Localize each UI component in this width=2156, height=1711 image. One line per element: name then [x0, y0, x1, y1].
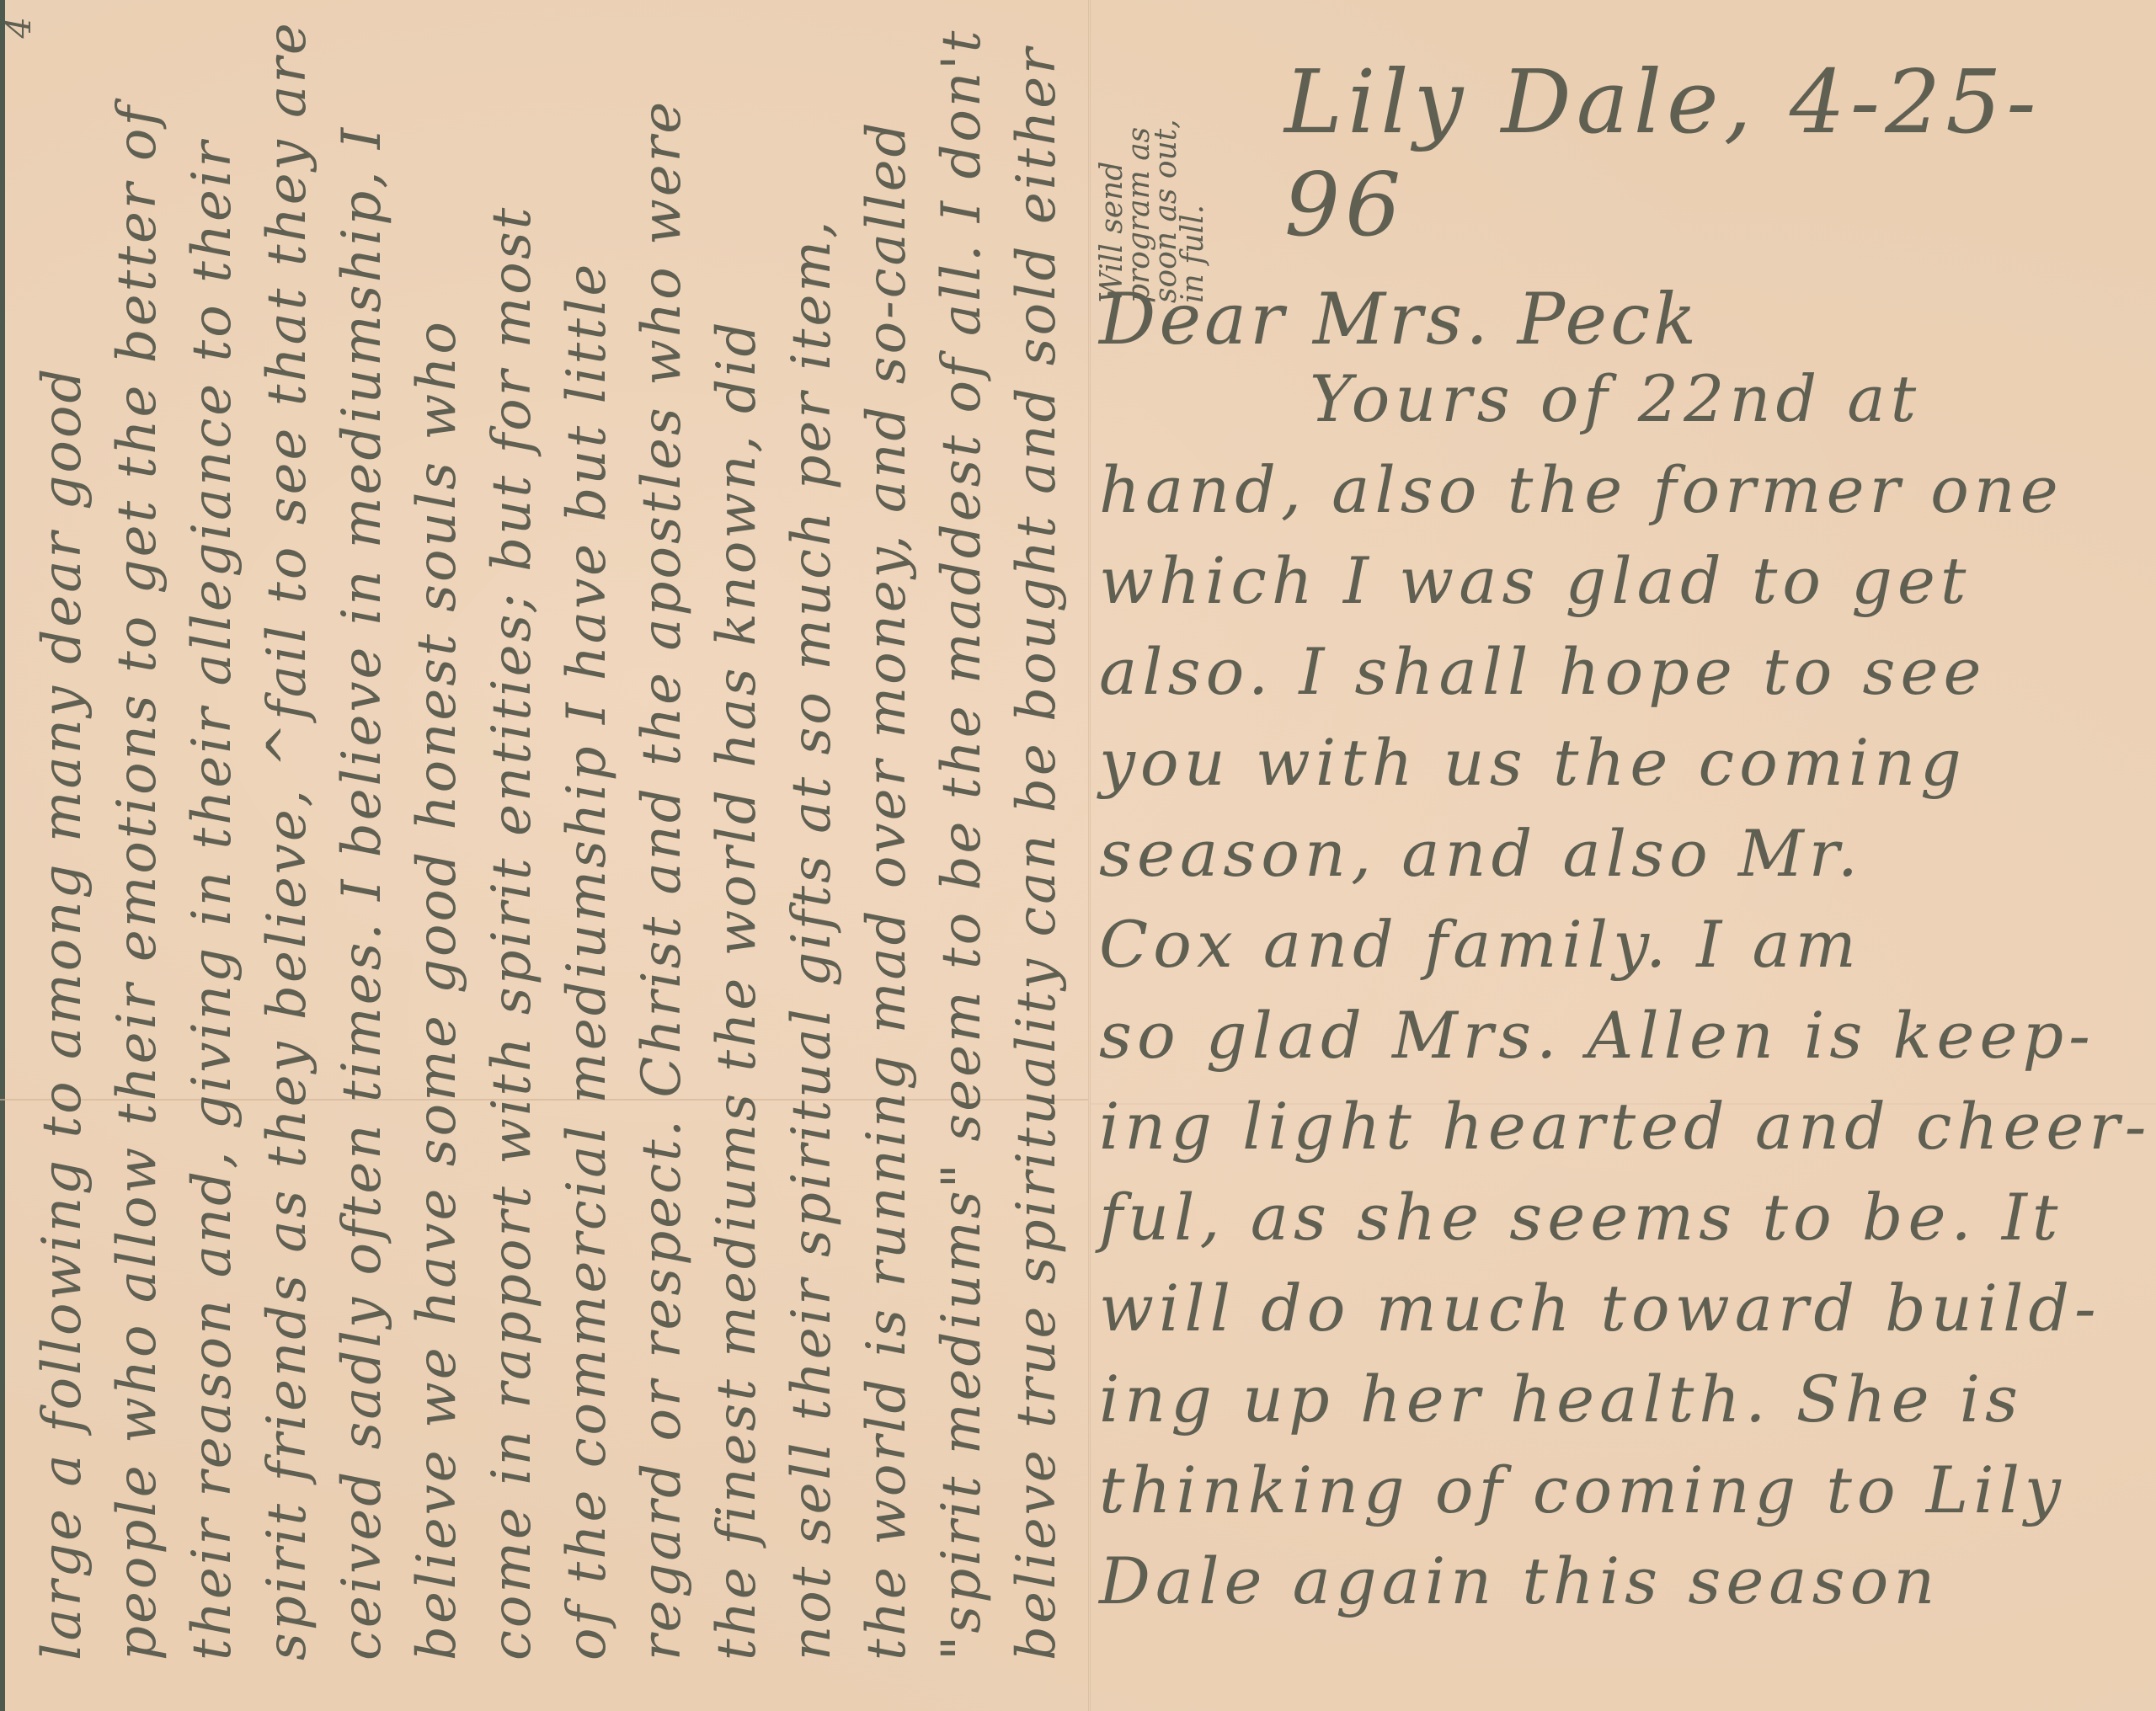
- left-line: "spirit mediums" seem to be the maddest …: [925, 51, 1000, 1660]
- left-line: come in rapport with spirit entities; bu…: [475, 51, 550, 1660]
- left-line: by the ounce or the ton, and just so lon…: [1075, 51, 1088, 1660]
- body-line: will do much toward build-: [1091, 1263, 2152, 1354]
- body-line: Cox and family. I am: [1091, 899, 2152, 990]
- body-line: Dale again this season: [1091, 1536, 2152, 1627]
- left-line: people who allow their emotions to get t…: [100, 51, 175, 1660]
- body-line: so glad Mrs. Allen is keep-: [1091, 990, 2152, 1081]
- letter-body: Yours of 22nd at hand, also the former o…: [1091, 354, 2152, 1627]
- left-page: 4 large a following to among many dear g…: [0, 0, 1088, 1711]
- salutation: Dear Mrs. Peck: [1099, 278, 1700, 360]
- body-line: thinking of coming to Lily: [1091, 1445, 2152, 1536]
- body-line: which I was glad to get: [1091, 536, 2152, 626]
- body-line: ful, as she seems to be. It: [1091, 1172, 2152, 1263]
- body-line: you with us the coming: [1091, 717, 2152, 808]
- left-line: spirit friends as they believe, ^fail to…: [250, 51, 325, 1660]
- margin-note-rotated: Will send program as soon as out, in ful…: [1099, 17, 1207, 303]
- left-line: the world is running mad over money, and…: [850, 51, 925, 1660]
- left-line: believe we have some good honest souls w…: [400, 51, 475, 1660]
- dateline: Lily Dale, 4-25-96: [1284, 51, 2156, 256]
- left-line: of the commercial mediumship I have but …: [550, 51, 625, 1660]
- left-line: their reason and, giving in their allegi…: [175, 51, 250, 1660]
- body-line: season, and also Mr.: [1091, 808, 2152, 899]
- body-line: ing up her health. She is: [1091, 1354, 2152, 1445]
- left-line: large a following to among many dear goo…: [25, 51, 100, 1660]
- body-line: also. I shall hope to see: [1091, 626, 2152, 717]
- body-line: ing light hearted and cheer-: [1091, 1081, 2152, 1172]
- page-number: 4: [0, 17, 39, 38]
- left-line: ceived sadly often times. I believe in m…: [325, 51, 400, 1660]
- left-line: believe true spirituality can be bought …: [1000, 51, 1075, 1660]
- left-line: regard or respect. Christ and the apostl…: [625, 51, 700, 1660]
- body-line: Yours of 22nd at: [1091, 354, 2152, 445]
- body-line: hand, also the former one: [1091, 445, 2152, 536]
- left-line: not sell their spiritual gifts at so muc…: [775, 51, 850, 1660]
- margin-note-line: in full.: [1180, 17, 1207, 303]
- right-page: Will send program as soon as out, in ful…: [1091, 0, 2156, 1711]
- left-line: the finest mediums the world has known, …: [700, 51, 775, 1660]
- left-page-rotated-text: 4 large a following to among many dear g…: [0, 0, 1088, 1711]
